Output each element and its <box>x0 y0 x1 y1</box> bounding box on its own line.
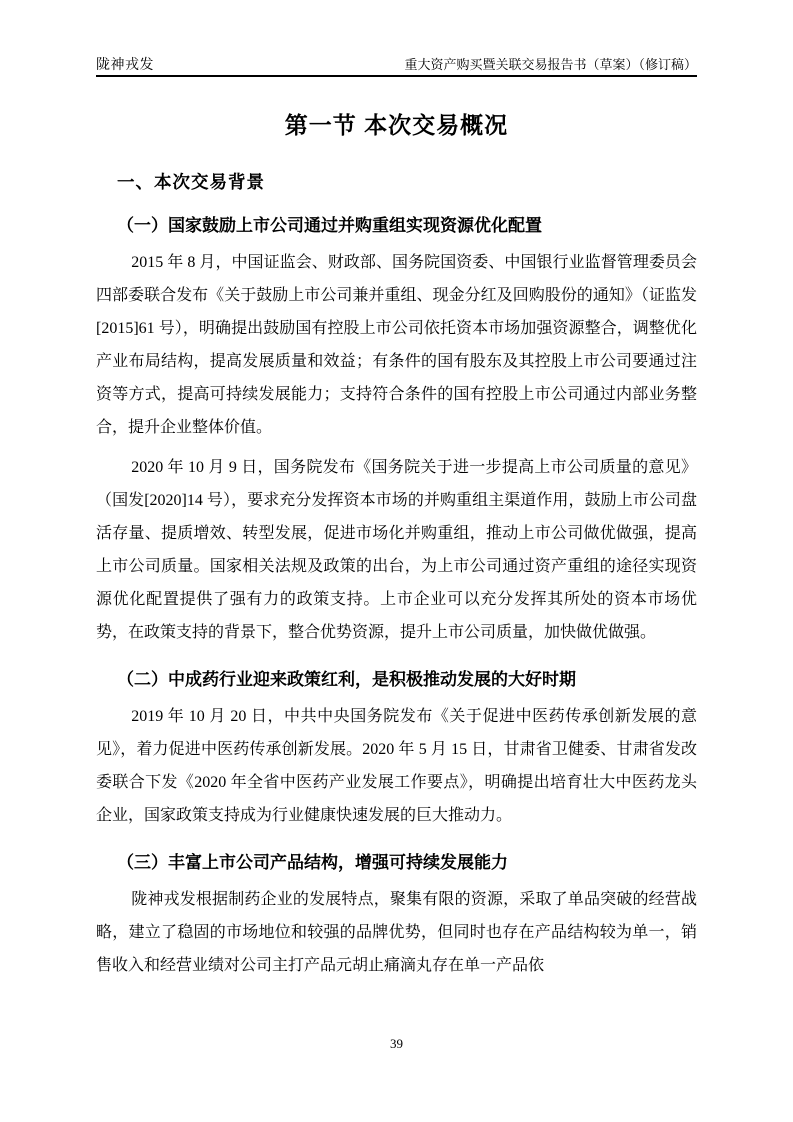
section-heading-transaction-background: 一、本次交易背景 <box>96 169 697 195</box>
chapter-title: 第一节 本次交易概况 <box>96 109 697 141</box>
subsection-heading-2: （二）中成药行业迎来政策红利，是积极推动发展的大好时期 <box>96 667 697 693</box>
page-number: 39 <box>0 1036 793 1052</box>
paragraph: 陇神戎发根据制药企业的发展特点，聚集有限的资源，采取了单品突破的经营战略，建立了… <box>96 883 697 982</box>
header-company-name: 陇神戎发 <box>96 58 154 74</box>
document-page: 陇神戎发 重大资产购买暨关联交易报告书（草案）（修订稿） 第一节 本次交易概况 … <box>0 0 793 1122</box>
subsection-heading-3: （三）丰富上市公司产品结构，增强可持续发展能力 <box>96 850 697 876</box>
paragraph: 2020 年 10 月 9 日，国务院发布《国务院关于进一步提高上市公司质量的意… <box>96 451 697 649</box>
paragraph: 2019 年 10 月 20 日，中共中央国务院发布《关于促进中医药传承创新发展… <box>96 700 697 832</box>
page-header: 陇神戎发 重大资产购买暨关联交易报告书（草案）（修订稿） <box>96 57 697 77</box>
header-document-title: 重大资产购买暨关联交易报告书（草案）（修订稿） <box>404 57 697 73</box>
paragraph: 2015 年 8 月，中国证监会、财政部、国务院国资委、中国银行业监督管理委员会… <box>96 246 697 444</box>
subsection-heading-1: （一）国家鼓励上市公司通过并购重组实现资源优化配置 <box>96 213 697 239</box>
